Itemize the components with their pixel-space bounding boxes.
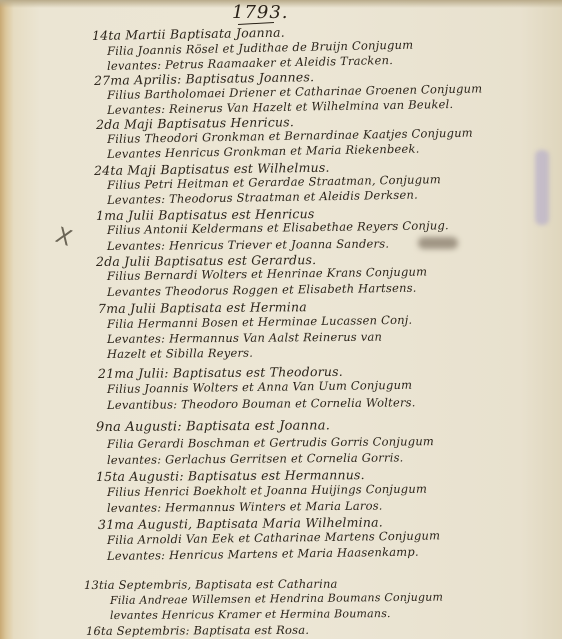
entry-heading: 7ma Julii Baptisata est Hermina — [98, 299, 307, 316]
entry-godparents-continued: Hazelt et Sibilla Reyers. — [107, 346, 253, 361]
entry-parents: Filius Henrici Boekholt et Joanna Huijin… — [107, 482, 427, 499]
page-year-heading: 1793. — [232, 2, 289, 23]
manuscript-page: 1793. X 14ta Martii Baptisata Joanna. Fi… — [0, 0, 562, 639]
ink-smudge — [418, 237, 458, 249]
entry-godparents: Levantes: Hermannus Van Aalst Reinerus v… — [107, 330, 382, 346]
entry-heading: 16ta Septembris: Baptisata est Rosa. — [86, 623, 309, 638]
entry-heading: 9na Augusti: Baptisata est Joanna. — [96, 418, 330, 435]
entry-godparents: Levantes Theodorus Roggen et Elisabeth H… — [107, 281, 417, 299]
entry-parents: Filia Gerardi Boschman et Gertrudis Gorr… — [107, 434, 434, 451]
entry-godparents: levantes Henricus Kramer et Hermina Boum… — [110, 607, 391, 622]
entry-parents: Filia Hermanni Bosen et Herminae Lucasse… — [107, 313, 413, 331]
entry-heading: 13tia Septembris, Baptisata est Catharin… — [84, 577, 338, 592]
entry-godparents: levantes: Gerlachus Gerritsen et Corneli… — [107, 450, 404, 467]
entry-heading: 15ta Augusti: Baptisatus est Hermannus. — [96, 467, 365, 484]
purple-stamp-mark — [535, 150, 549, 225]
entry-godparents: Levantes: Henricus Martens et Maria Haas… — [107, 545, 419, 563]
margin-cross-mark: X — [52, 223, 75, 252]
entry-parents: Filius Joannis Wolters et Anna Van Uum C… — [107, 378, 412, 396]
entry-godparents: Levantes: Henricus Triever et Joanna San… — [107, 237, 389, 253]
entry-parents: Filia Andreae Willemsen et Hendrina Boum… — [110, 591, 443, 607]
entry-godparents: Levantibus: Theodoro Bouman et Cornelia … — [107, 395, 416, 412]
entry-godparents: levantes: Hermannus Winters et Maria Lar… — [107, 499, 383, 515]
